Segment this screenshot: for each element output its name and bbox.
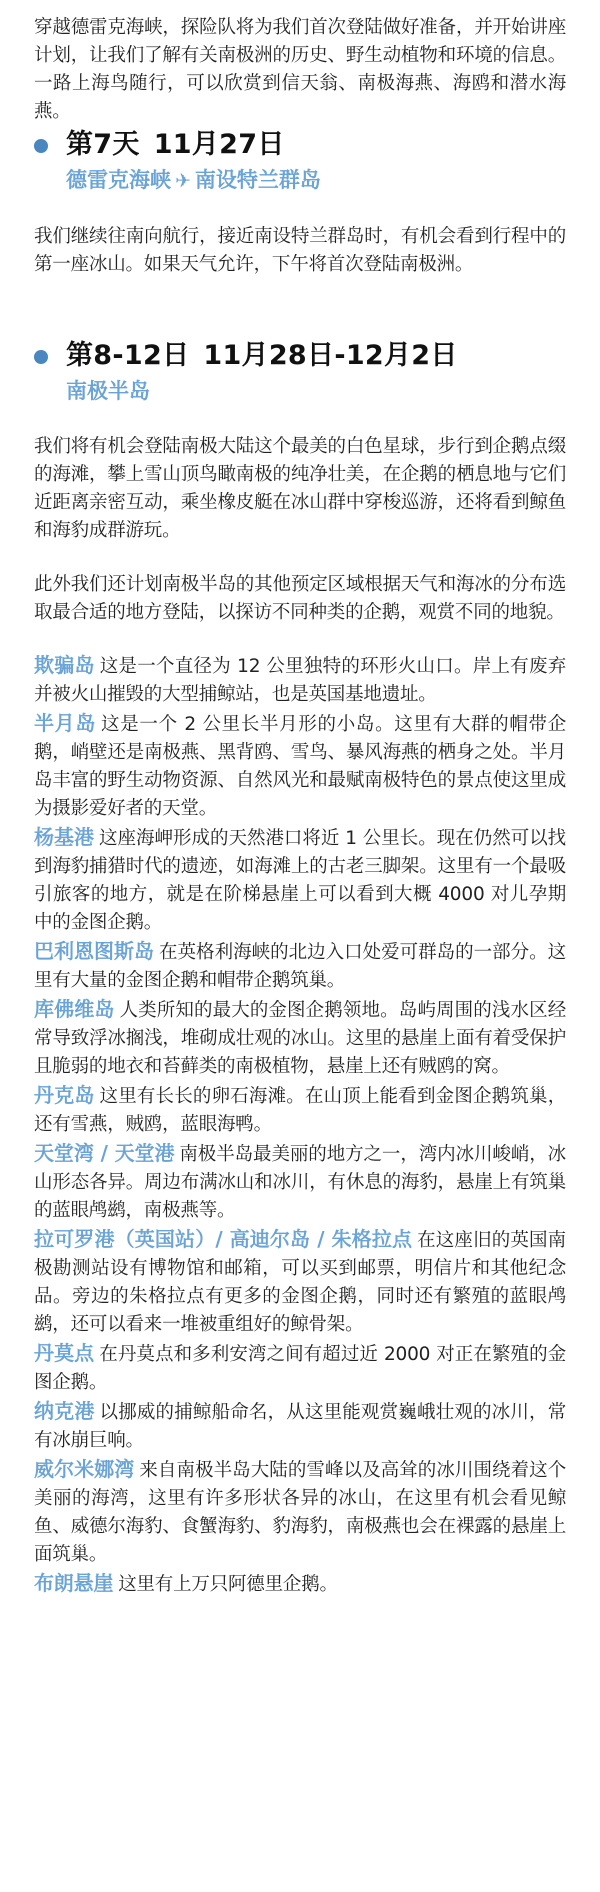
place-desc: 以挪威的捕鲸船命名，从这里能观赏巍峨壮观的冰川，常有冰崩巨响。 (34, 1402, 566, 1451)
place-name: 巴利恩图斯岛 (34, 939, 154, 963)
route-from: 德雷克海峡 (66, 168, 171, 192)
place-desc: 这是一个 2 公里长半月形的小岛。这里有大群的帽带企鹅，峭壁还是南极燕、黑背鸥、… (34, 714, 566, 819)
place-item: 丹莫点在丹莫点和多利安湾之间有超过近 2000 对正在繁殖的金图企鹅。 (34, 1339, 566, 1397)
place-desc: 这座海岬形成的天然港口将近 1 公里长。现在仍然可以找到海豹捕猎时代的遗迹，如海… (34, 828, 566, 933)
place-name: 丹莫点 (34, 1341, 94, 1365)
itinerary-page: 穿越德雷克海峡，探险队将为我们首次登陆做好准备，并开始讲座计划，让我们了解有关南… (0, 0, 600, 1599)
place-item: 库佛维岛人类所知的最大的金图企鹅领地。岛屿周围的浅水区经常导致浮冰搁浅，堆砌成壮… (34, 995, 566, 1081)
day-heading: 第7天11月27日 德雷克海峡✈南设特兰群岛 (34, 126, 566, 197)
place-item: 威尔米娜湾来自南极半岛大陆的雪峰以及高耸的冰川围绕着这个美丽的海湾，这里有许多形… (34, 1455, 566, 1569)
place-name: 半月岛 (34, 711, 96, 735)
route-to: 南设特兰群岛 (195, 168, 321, 192)
day-paragraph: 此外我们还计划南极半岛的其他预定区域根据天气和海冰的分布选取最合适的地方登陆，以… (34, 571, 566, 627)
bullet-dot-icon (34, 139, 48, 153)
intro-paragraph: 穿越德雷克海峡，探险队将为我们首次登陆做好准备，并开始讲座计划，让我们了解有关南… (34, 14, 566, 126)
place-item: 欺骗岛这是一个直径为 12 公里独特的环形火山口。岸上有废弃并被火山摧毁的大型捕… (34, 651, 566, 709)
day-label: 第7天 (66, 129, 140, 160)
place-item: 半月岛这是一个 2 公里长半月形的小岛。这里有大群的帽带企鹅，峭壁还是南极燕、黑… (34, 709, 566, 823)
place-desc: 这里有上万只阿德里企鹅。 (118, 1574, 338, 1595)
day-route: 南极半岛 (66, 375, 566, 407)
place-item: 布朗悬崖这里有上万只阿德里企鹅。 (34, 1569, 566, 1599)
place-desc: 这是一个直径为 12 公里独特的环形火山口。岸上有废弃并被火山摧毁的大型捕鲸站，… (34, 656, 566, 705)
place-name: 库佛维岛 (34, 997, 114, 1021)
place-name: 拉可罗港（英国站）/ 高迪尔岛 / 朱格拉点 (34, 1227, 412, 1251)
day-paragraph: 我们继续往南向航行，接近南设特兰群岛时，有机会看到行程中的第一座冰山。如果天气允… (34, 223, 566, 279)
place-name: 天堂湾 / 天堂港 (34, 1141, 174, 1165)
route-from: 南极半岛 (66, 379, 150, 403)
place-name: 欺骗岛 (34, 653, 95, 677)
place-item: 天堂湾 / 天堂港南极半岛最美丽的地方之一，湾内冰川峻峭，冰山形态各异。周边布满… (34, 1139, 566, 1225)
date-label: 11月28日-12月2日 (203, 340, 457, 371)
day-title: 第8-12日11月28日-12月2日 (66, 337, 566, 375)
day-label: 第8-12日 (66, 340, 189, 371)
day-heading: 第8-12日11月28日-12月2日 南极半岛 (34, 337, 566, 407)
day-section-8-12: 第8-12日11月28日-12月2日 南极半岛 我们将有机会登陆南极大陆这个最美… (34, 337, 566, 1599)
date-label: 11月27日 (154, 129, 285, 160)
place-item: 拉可罗港（英国站）/ 高迪尔岛 / 朱格拉点在这座旧的英国南极勘测站设有博物馆和… (34, 1225, 566, 1339)
place-item: 杨基港这座海岬形成的天然港口将近 1 公里长。现在仍然可以找到海豹捕猎时代的遗迹… (34, 823, 566, 937)
place-name: 杨基港 (34, 825, 94, 849)
day-paragraph: 我们将有机会登陆南极大陆这个最美的白色星球，步行到企鹅点缀的海滩，攀上雪山顶鸟瞰… (34, 433, 566, 545)
place-item: 纳克港以挪威的捕鲸船命名，从这里能观赏巍峨壮观的冰川，常有冰崩巨响。 (34, 1397, 566, 1455)
place-name: 布朗悬崖 (34, 1571, 113, 1595)
day-route: 德雷克海峡✈南设特兰群岛 (66, 164, 566, 197)
place-name: 丹克岛 (34, 1083, 95, 1107)
day-section-7: 第7天11月27日 德雷克海峡✈南设特兰群岛 我们继续往南向航行，接近南设特兰群… (34, 126, 566, 279)
place-desc: 这里有长长的卵石海滩。在山顶上能看到金图企鹅筑巢，还有雪燕，贼鸥，蓝眼海鸭。 (34, 1086, 566, 1135)
bullet-dot-icon (34, 350, 48, 364)
place-name: 纳克港 (34, 1399, 95, 1423)
place-item: 巴利恩图斯岛在英格利海峡的北边入口处爱可群岛的一部分。这里有大量的金图企鹅和帽带… (34, 937, 566, 995)
airplane-icon: ✈ (175, 165, 191, 197)
place-item: 丹克岛这里有长长的卵石海滩。在山顶上能看到金图企鹅筑巢，还有雪燕，贼鸥，蓝眼海鸭… (34, 1081, 566, 1139)
place-name: 威尔米娜湾 (34, 1457, 134, 1481)
day-title: 第7天11月27日 (66, 126, 566, 164)
place-desc: 在丹莫点和多利安湾之间有超过近 2000 对正在繁殖的金图企鹅。 (34, 1344, 566, 1393)
